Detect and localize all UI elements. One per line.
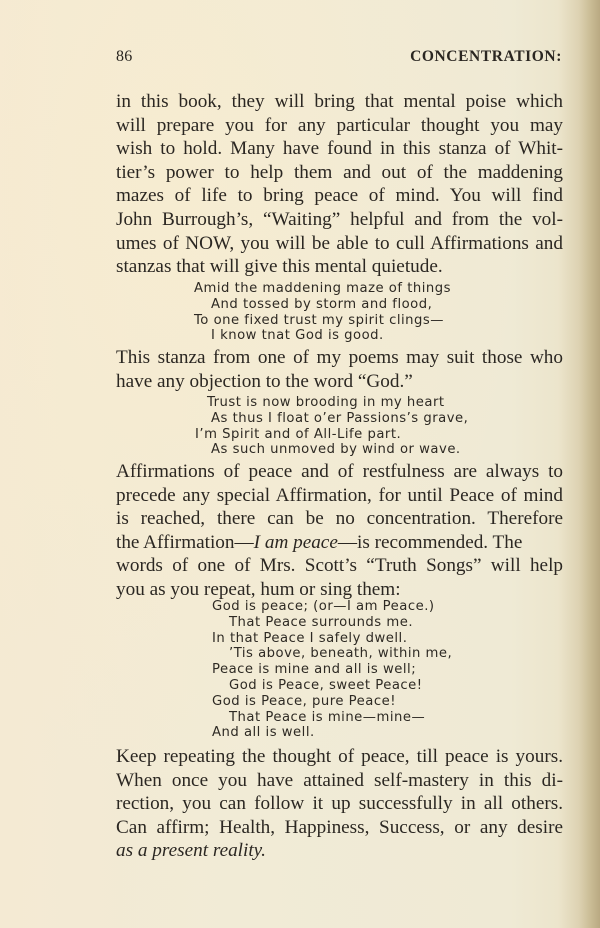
text-line: as a present reality. xyxy=(116,839,563,863)
text-fragment: the Affirmation— xyxy=(116,532,254,553)
running-head: CONCENTRATION: xyxy=(410,48,562,66)
verse-line: God is Peace, pure Peace! xyxy=(212,694,452,710)
stanza-author-poem: Trust is now brooding in my heart As thu… xyxy=(195,395,468,458)
verse-line: God is Peace, sweet Peace! xyxy=(212,678,452,694)
verse-line: And tossed by storm and flood, xyxy=(194,297,451,313)
text-line: the Affirmation—I am peace—is recommende… xyxy=(116,531,563,555)
text-line: John Burrough’s, “Waiting” helpful and f… xyxy=(116,208,563,232)
text-line: stanzas that will give this mental quiet… xyxy=(116,255,563,279)
text-line: tier’s power to help them and out of the… xyxy=(116,161,563,185)
verse-line: As such unmoved by wind or wave. xyxy=(195,442,468,458)
text-line: Can affirm; Health, Happiness, Success, … xyxy=(116,816,563,840)
verse-line: That Peace surrounds me. xyxy=(212,615,452,631)
verse-line: God is peace; (or—I am Peace.) xyxy=(212,599,452,615)
verse-line: Peace is mine and all is well; xyxy=(212,662,452,678)
paragraph-intro: in this book, they will bring that menta… xyxy=(116,90,563,279)
text-fragment: —is recommended. The xyxy=(338,532,523,553)
text-line: mazes of life to bring peace of mind. Yo… xyxy=(116,184,563,208)
paragraph-objection: This stanza from one of my poems may sui… xyxy=(116,346,563,393)
paragraph-affirmations: Affirmations of peace and of restfulness… xyxy=(116,460,563,602)
verse-line: That Peace is mine—mine— xyxy=(212,710,452,726)
verse-line: And all is well. xyxy=(212,725,452,741)
text-line: When once you have attained self-mastery… xyxy=(116,769,563,793)
verse-line: I know tnat God is good. xyxy=(194,328,451,344)
text-line: Keep repeating the thought of peace, til… xyxy=(116,745,563,769)
text-line: umes of NOW, you will be able to cull Af… xyxy=(116,232,563,256)
verse-line: In that Peace I safely dwell. xyxy=(212,631,452,647)
paragraph-conclusion: Keep repeating the thought of peace, til… xyxy=(116,745,563,863)
text-line: Affirmations of peace and of restfulness… xyxy=(116,460,563,484)
text-line: words of one of Mrs. Scott’s “Truth Song… xyxy=(116,554,563,578)
text-line: rection, you can follow it up successful… xyxy=(116,792,563,816)
verse-line: Amid the maddening maze of things xyxy=(194,281,451,297)
verse-line: Trust is now brooding in my heart xyxy=(195,395,468,411)
text-line: will prepare you for any particular thou… xyxy=(116,114,563,138)
text-line: in this book, they will bring that menta… xyxy=(116,90,563,114)
stanza-whittier: Amid the maddening maze of things And to… xyxy=(194,281,451,344)
book-page: 86 CONCENTRATION: in this book, they wil… xyxy=(0,0,600,928)
verse-line: ’Tis above, beneath, within me, xyxy=(212,646,452,662)
verse-line: To one fixed trust my spirit clings— xyxy=(194,313,451,329)
text-line: is reached, there can be no concentratio… xyxy=(116,507,563,531)
page-header: 86 CONCENTRATION: xyxy=(116,48,562,72)
text-line: have any objection to the word “God.” xyxy=(116,370,563,394)
verse-line: I’m Spirit and of All-Life part. xyxy=(195,427,468,443)
text-line: wish to hold. Many have found in this st… xyxy=(116,137,563,161)
text-line: This stanza from one of my poems may sui… xyxy=(116,346,563,370)
italic-affirmation: I am peace xyxy=(254,532,338,553)
stanza-truth-songs: God is peace; (or—I am Peace.) That Peac… xyxy=(212,599,452,741)
text-line: precede any special Affirmation, for unt… xyxy=(116,484,563,508)
verse-line: As thus I float o’er Passions’s grave, xyxy=(195,411,468,427)
page-number: 86 xyxy=(116,48,133,66)
